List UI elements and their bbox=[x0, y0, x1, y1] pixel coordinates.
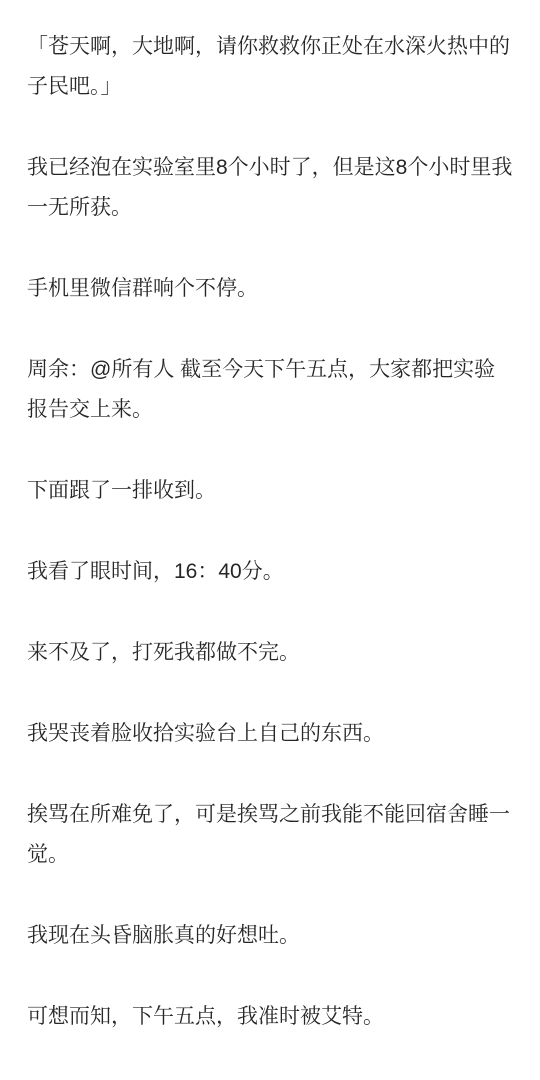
paragraph: 下面跟了一排收到。 bbox=[27, 471, 516, 511]
paragraph: 来不及了，打死我都做不完。 bbox=[27, 633, 516, 673]
paragraph: 我哭丧着脸收拾实验台上自己的东西。 bbox=[27, 714, 516, 754]
paragraph: 手机里微信群响个不停。 bbox=[27, 269, 516, 309]
paragraph: 周余：@所有人 截至今天下午五点，大家都把实验报告交上来。 bbox=[27, 350, 516, 430]
paragraph: 我现在头昏脑胀真的好想吐。 bbox=[27, 916, 516, 956]
paragraph: 可想而知，下午五点，我准时被艾特。 bbox=[27, 997, 516, 1037]
paragraph: 我已经泡在实验室里8个小时了，但是这8个小时里我一无所获。 bbox=[27, 148, 516, 228]
novel-reader-page: 「苍天啊，大地啊，请你救救你正处在水深火热中的子民吧。」 我已经泡在实验室里8个… bbox=[0, 0, 540, 1080]
paragraph: 「苍天啊，大地啊，请你救救你正处在水深火热中的子民吧。」 bbox=[27, 27, 516, 107]
paragraph: 挨骂在所难免了，可是挨骂之前我能不能回宿舍睡一觉。 bbox=[27, 795, 516, 875]
paragraph: 我看了眼时间，16：40分。 bbox=[27, 552, 516, 592]
